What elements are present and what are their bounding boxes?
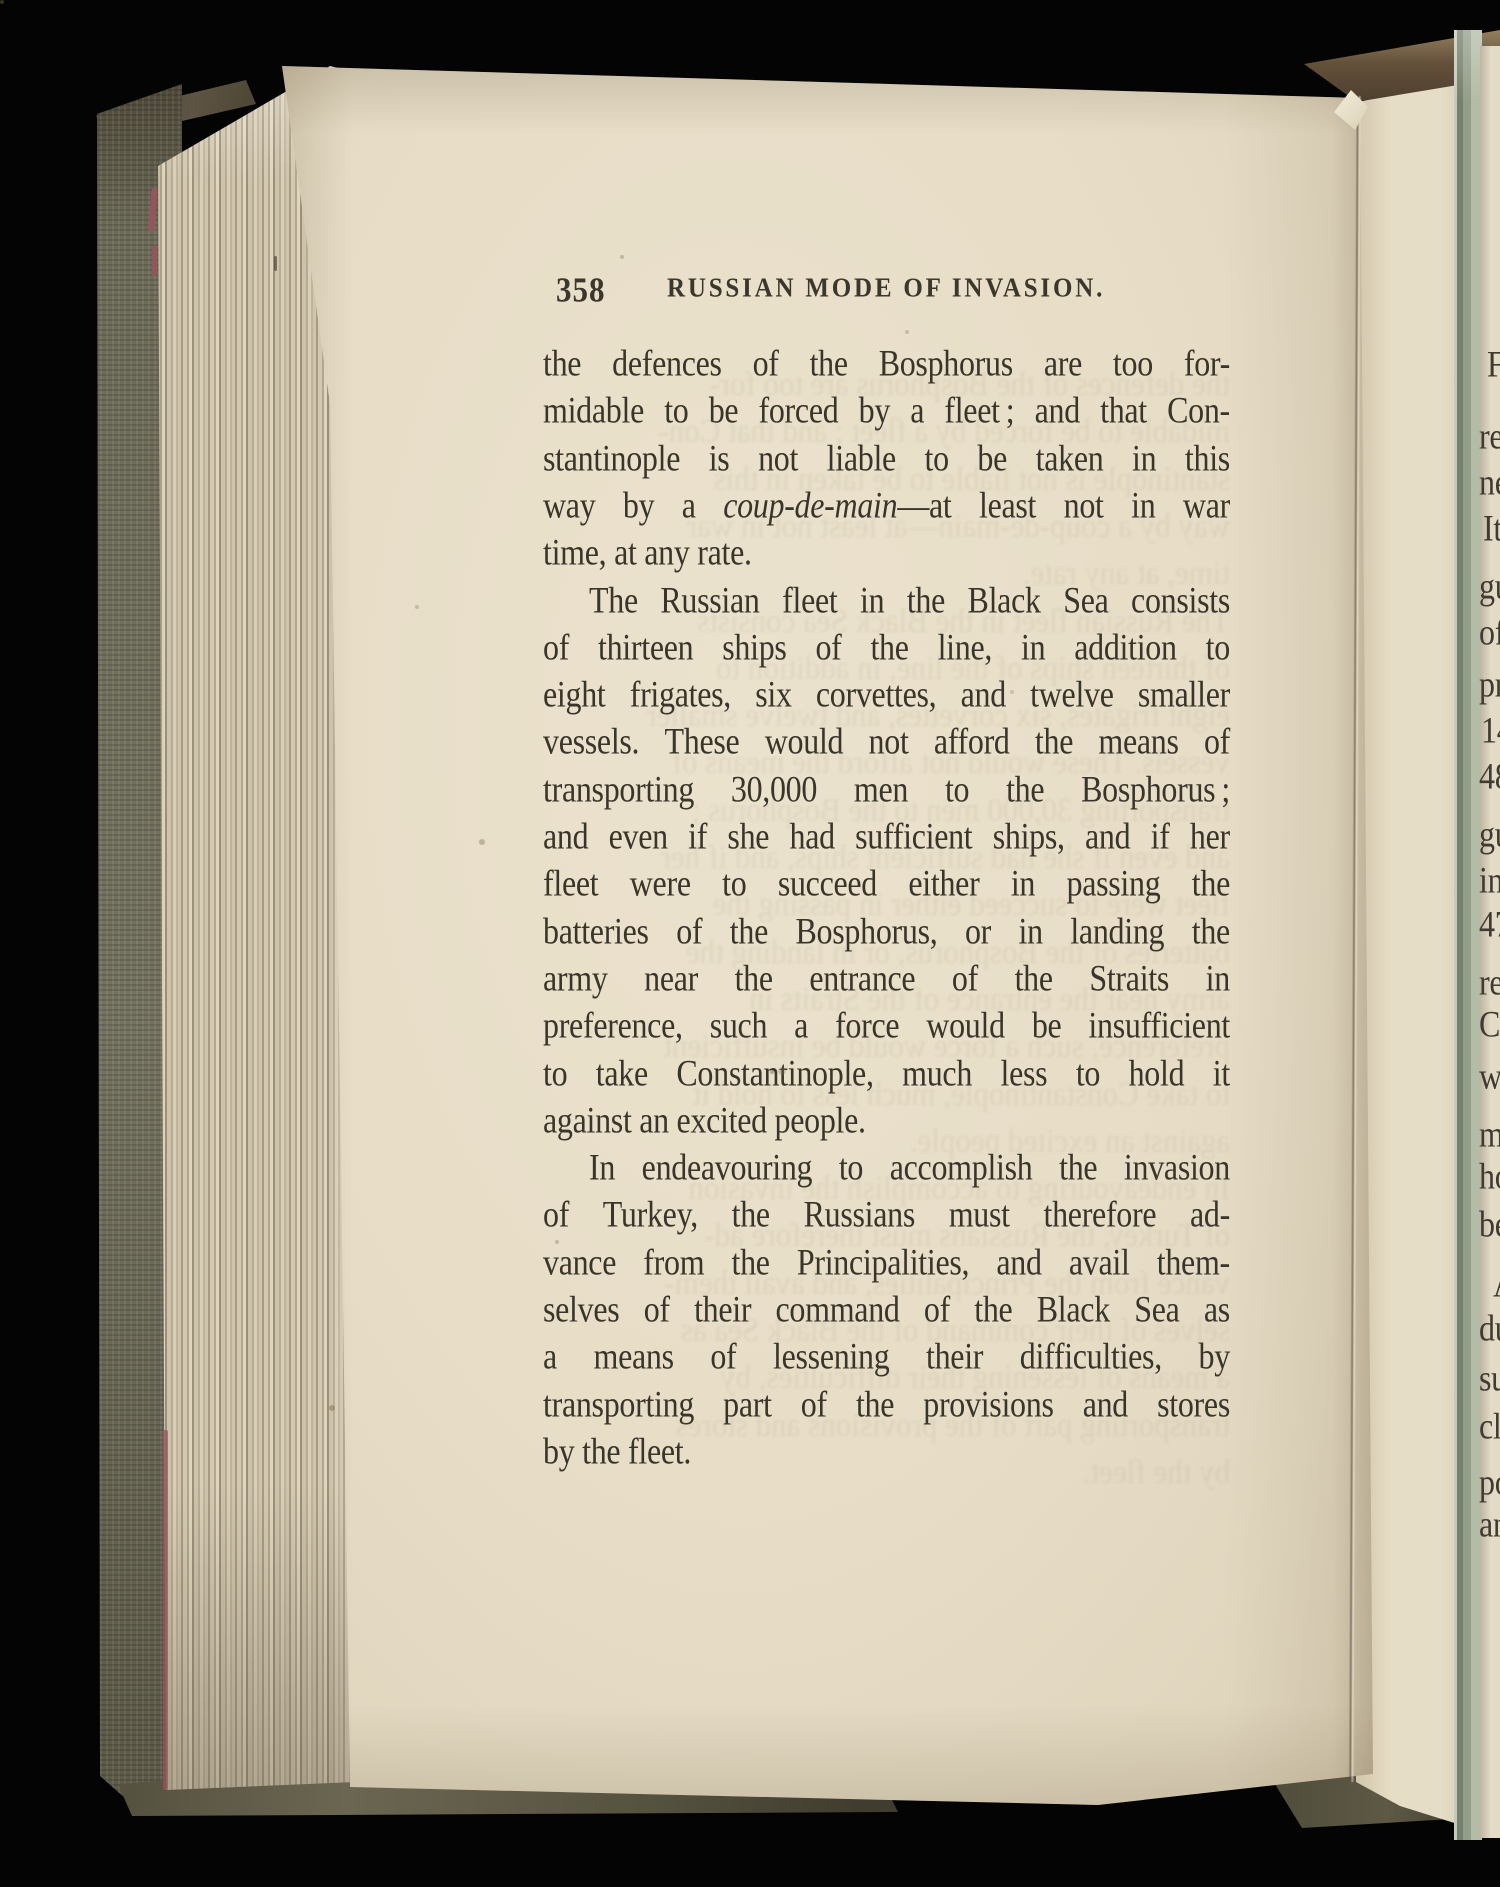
next-page-fragment: reg [1479, 415, 1500, 458]
word: liable [827, 437, 896, 480]
word: defences [612, 342, 722, 385]
word: in [1132, 437, 1156, 480]
page-number: 358 [556, 270, 606, 310]
word: in [860, 579, 884, 622]
word: avail [1069, 1241, 1130, 1284]
word: not [869, 720, 909, 763]
next-page-fragment: clain [1479, 1405, 1500, 1448]
word: taken [1036, 437, 1104, 480]
word: 30,000 [731, 768, 817, 811]
word: of [543, 626, 569, 669]
word: Con- [1167, 389, 1230, 432]
word: vance [543, 1241, 616, 1284]
word: she [727, 815, 769, 858]
word: passing [1067, 862, 1161, 905]
text-column: 358 RUSSIAN MODE OF INVASION. thedefence… [543, 64, 1230, 1808]
word: this [1185, 437, 1230, 480]
text-line: waybyacoup-de-main—atleastnotinwar [543, 484, 1230, 527]
word: of [952, 957, 978, 1000]
word: the [730, 910, 768, 953]
text-line: armyneartheentranceoftheStraitsin [543, 957, 1230, 1000]
word: would [926, 1004, 1005, 1047]
next-page-fragment: rese [1479, 961, 1500, 1004]
text-line: against an excited people. [543, 1099, 1230, 1142]
word: least [979, 484, 1036, 527]
next-page-fragment: 14 [1481, 709, 1500, 752]
word: take [596, 1052, 648, 1095]
next-page-fragment: F [1487, 343, 1500, 386]
word: of [924, 1288, 950, 1331]
next-page-fragment: men [1479, 1113, 1500, 1156]
word: either [908, 862, 979, 905]
word: a [910, 389, 924, 432]
word: force [835, 1004, 899, 1047]
text-line: fleetweretosucceedeitherinpassingthe [543, 862, 1230, 905]
paper-speckles [0, 0, 4, 4]
word: hold [1129, 1052, 1185, 1095]
text-line: totakeConstantinople,muchlesstoholdit [543, 1052, 1230, 1095]
next-page-fragment: dura [1479, 1307, 1500, 1350]
word: much [902, 1052, 972, 1095]
word: provisions [923, 1383, 1053, 1426]
text-line: vancefromthePrincipalities,andavailthem- [543, 1241, 1230, 1284]
word: lessening [773, 1335, 889, 1378]
word: preference, [543, 1004, 683, 1047]
word: them- [1157, 1241, 1230, 1284]
word: the [1006, 768, 1044, 811]
next-page-fragment: powe [1479, 1461, 1500, 1504]
next-page-fragment: gua [1479, 565, 1500, 608]
next-page-fragment: It [1483, 507, 1500, 550]
word: Sea [1063, 579, 1108, 622]
word: army [543, 957, 608, 1000]
word: insufficient [1088, 1004, 1230, 1047]
next-page-fragment: surp [1479, 1357, 1500, 1400]
running-header: RUSSIAN MODE OF INVASION. [667, 274, 1105, 304]
word: fleet [782, 579, 837, 622]
text-line: ofthirteenshipsoftheline,inadditionto [543, 626, 1230, 669]
word: Russian [660, 579, 759, 622]
word: of [801, 1383, 827, 1426]
word: had [790, 815, 835, 858]
word: Principalities, [797, 1241, 969, 1284]
word: to [1076, 1052, 1100, 1095]
word: their [926, 1335, 983, 1378]
word: the [731, 1241, 769, 1284]
word: from [643, 1241, 704, 1284]
word: and [1085, 815, 1130, 858]
word: to [925, 437, 949, 480]
word: the [732, 1193, 770, 1236]
word: the [974, 1288, 1012, 1331]
word: to [722, 862, 746, 905]
word: and [1035, 389, 1080, 432]
word: to [664, 389, 688, 432]
word: near [644, 957, 698, 1000]
word: The [589, 579, 638, 622]
word: the [1015, 957, 1053, 1000]
word: by [623, 484, 654, 527]
word: addition [1074, 626, 1176, 669]
word: corvettes, [816, 673, 937, 716]
word: if [1151, 815, 1170, 858]
word: in [1021, 626, 1045, 669]
word: the [870, 626, 908, 669]
word: a [543, 1335, 557, 1378]
word: Bosphorus [879, 342, 1013, 385]
word: not [1064, 484, 1104, 527]
word: men [854, 768, 908, 811]
word: and [961, 673, 1006, 716]
word: a [794, 1004, 808, 1047]
word: less [1001, 1052, 1048, 1095]
word: smaller [1138, 673, 1230, 716]
word: the [1192, 862, 1230, 905]
word: the [810, 342, 848, 385]
word: in [1206, 957, 1230, 1000]
red-edge-fleck [152, 246, 157, 276]
word: in [1019, 910, 1043, 953]
text-line: ameansoflesseningtheirdifficulties,by [543, 1335, 1230, 1378]
word: to [945, 768, 969, 811]
word: in [1011, 862, 1035, 905]
word: must [949, 1193, 1010, 1236]
word: and [543, 815, 588, 858]
next-page-fragment: gun [1479, 813, 1500, 856]
word: endeavouring [642, 1146, 813, 1189]
word: Sea [1134, 1288, 1179, 1331]
word: ad- [1190, 1193, 1230, 1236]
word: transporting [543, 1383, 694, 1426]
word: Straits [1089, 957, 1169, 1000]
next-page-fragment: incr [1479, 859, 1500, 902]
word: stores [1157, 1383, 1230, 1426]
word: is [709, 437, 730, 480]
word: fleet [543, 862, 598, 905]
word: consists [1131, 579, 1230, 622]
next-page-fragment: 472 [1479, 903, 1500, 946]
word: way [543, 484, 595, 527]
word: In [589, 1146, 615, 1189]
word: accomplish [890, 1146, 1033, 1189]
word: sufficient [855, 815, 972, 858]
word: be [1032, 1004, 1062, 1047]
word: of [543, 1193, 569, 1236]
next-page-fragment: Coss [1479, 1003, 1500, 1046]
word: be [977, 437, 1007, 480]
word: of [710, 1335, 736, 1378]
text-line: by the fleet. [543, 1430, 1230, 1473]
word: and [1083, 1383, 1128, 1426]
text-line: eightfrigates,sixcorvettes,andtwelvesmal… [543, 673, 1230, 716]
word: part [723, 1383, 772, 1426]
next-page-fragment: ner [1479, 461, 1500, 504]
word: it [1213, 1052, 1230, 1095]
word: twelve [1030, 673, 1114, 716]
word: therefore [1044, 1193, 1157, 1236]
word: as [1204, 1288, 1230, 1331]
text-line: preference,suchaforcewouldbeinsufficient [543, 1004, 1230, 1047]
word: or [965, 910, 991, 953]
word: vessels. [543, 720, 639, 763]
word: to [839, 1146, 863, 1189]
word: Russians [804, 1193, 915, 1236]
next-page-fragment: 480 [1479, 755, 1500, 798]
text-line: ofTurkey,theRussiansmustthereforead- [543, 1193, 1230, 1236]
word: means [1098, 720, 1178, 763]
word: in [1131, 484, 1155, 527]
word: were [630, 862, 691, 905]
word: by [1199, 1335, 1230, 1378]
word: the [1059, 1146, 1097, 1189]
word: are [1044, 342, 1082, 385]
word: transporting [543, 768, 694, 811]
word: such [710, 1004, 767, 1047]
text-line: stantinopleisnotliabletobetakeninthis [543, 437, 1230, 480]
red-endband-line [163, 1430, 168, 1790]
word: six [755, 673, 791, 716]
word: command [776, 1288, 900, 1331]
word: succeed [778, 862, 877, 905]
word: be [709, 389, 739, 432]
facing-page-gutter [1356, 82, 1464, 1826]
next-page-fragment: pris [1479, 663, 1500, 706]
word: for- [1184, 342, 1230, 385]
word: the [543, 342, 581, 385]
word: line, [938, 626, 993, 669]
word: the [856, 1383, 894, 1426]
word: the [1192, 910, 1230, 953]
word: that [1100, 389, 1147, 432]
next-page-fragment: A [1493, 1263, 1500, 1306]
next-page-fragment: of c [1479, 611, 1500, 654]
word: too [1113, 342, 1153, 385]
word: the [907, 579, 945, 622]
text-line: batteriesoftheBosphorus,orinlandingthe [543, 910, 1230, 953]
word: the [1035, 720, 1073, 763]
word: her [1190, 815, 1230, 858]
word: fleet ; [944, 389, 1014, 432]
next-page-fragment: be n [1479, 1203, 1500, 1246]
word: Turkey, [603, 1193, 698, 1236]
text-line: time, at any rate. [543, 531, 1230, 574]
word: selves [543, 1288, 619, 1331]
word: means [594, 1335, 674, 1378]
word: their [694, 1288, 751, 1331]
word: if [688, 815, 707, 858]
word: not [758, 437, 798, 480]
word: the [735, 957, 773, 1000]
word: of [1204, 720, 1230, 763]
text-line: TheRussianfleetintheBlackSeaconsists [543, 579, 1230, 622]
word: midable [543, 389, 644, 432]
text-line: thedefencesoftheBosphorusaretoofor- [543, 342, 1230, 385]
word: landing [1070, 910, 1164, 953]
scanned-book-photo: { "book_page": { "page_number": "358", "… [0, 0, 1500, 1887]
word: to [1206, 626, 1230, 669]
word: frigates, [630, 673, 731, 716]
text-line: midabletobeforcedbyafleet ;andthatCon- [543, 389, 1230, 432]
word: thirteen [598, 626, 693, 669]
text-line: andevenifshehadsufficientships,andifher [543, 815, 1230, 858]
word: Black [1037, 1288, 1110, 1331]
text-line: Inendeavouringtoaccomplishtheinvasion [543, 1146, 1230, 1189]
word: ships, [993, 815, 1065, 858]
word: forced [759, 389, 839, 432]
next-page-fragment: and [1479, 1503, 1500, 1546]
word: to [543, 1052, 567, 1095]
word: would [765, 720, 844, 763]
word: difficulties, [1020, 1335, 1162, 1378]
word: stantinople [543, 437, 680, 480]
word: a [682, 484, 696, 527]
next-page-fragment: how [1479, 1155, 1500, 1198]
word: eight [543, 673, 606, 716]
endpaper-green-strip [1454, 30, 1482, 1840]
word: and [996, 1241, 1041, 1284]
text-line: transportingpartoftheprovisionsandstores [543, 1383, 1230, 1426]
word: Black [968, 579, 1041, 622]
word: These [665, 720, 740, 763]
word: Bosphorus ; [1081, 768, 1230, 811]
word: of [815, 626, 841, 669]
word: war [1183, 484, 1230, 527]
stray-ink-mark [274, 256, 277, 271]
text-line: transporting30,000mentotheBosphorus ; [543, 768, 1230, 811]
word: even [609, 815, 668, 858]
word: of [644, 1288, 670, 1331]
word: ships [722, 626, 786, 669]
word: invasion [1124, 1146, 1230, 1189]
text-line: vessels.Thesewouldnotaffordthemeansof [543, 720, 1230, 763]
word: of [753, 342, 779, 385]
word: Bosphorus, [796, 910, 938, 953]
text-line: selvesoftheircommandoftheBlackSeaas [543, 1288, 1230, 1331]
word: of [676, 910, 702, 953]
word: by [859, 389, 890, 432]
word: batteries [543, 910, 649, 953]
book-page: 358 RUSSIAN MODE OF INVASION. thedefence… [276, 64, 1376, 1808]
word: afford [934, 720, 1010, 763]
word: entrance [809, 957, 915, 1000]
next-page-fragment: with [1479, 1055, 1500, 1098]
word: coup-de-main—at [723, 484, 951, 527]
word: Constantinople, [676, 1052, 873, 1095]
